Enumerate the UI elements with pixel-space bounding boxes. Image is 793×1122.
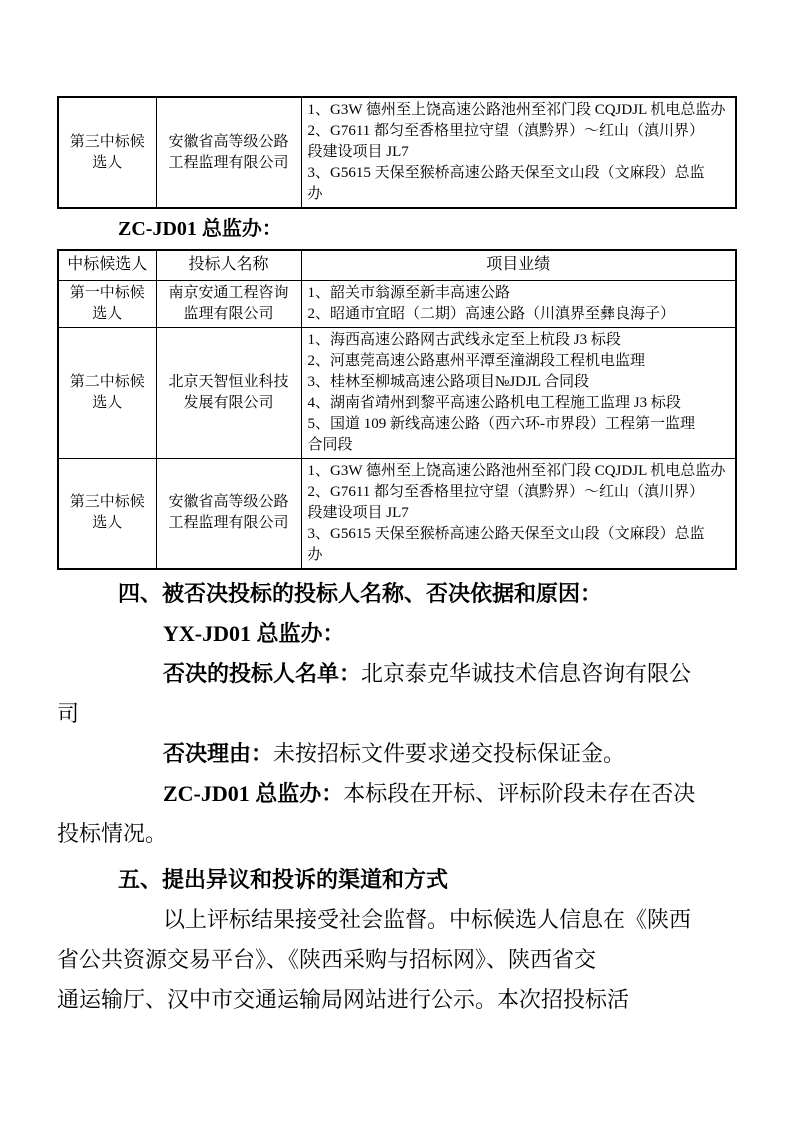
column-header-achievements: 项目业绩 — [301, 250, 736, 280]
achievements-cell: 1、海西高速公路网古武线永定至上杭段 J3 标段 2、河惠莞高速公路惠州平潭至潼… — [301, 327, 736, 458]
table-row: 第三中标候 选人 安徽省高等级公路 工程监理有限公司 1、G3W 德州至上饶高速… — [58, 97, 736, 208]
column-header-candidate: 中标候选人 — [58, 250, 156, 280]
bidder-name-cell: 北京天智恒业科技 发展有限公司 — [156, 327, 301, 458]
candidate-table-zc-jd01: 中标候选人 投标人名称 项目业绩 第一中标候 选人 南京安通工程咨询 监理有限公… — [57, 249, 737, 570]
table-header-row: 中标候选人 投标人名称 项目业绩 — [58, 250, 736, 280]
candidate-rank-cell: 第三中标候 选人 — [58, 97, 156, 208]
column-header-bidder: 投标人名称 — [156, 250, 301, 280]
candidate-rank-cell: 第三中标候 选人 — [58, 458, 156, 569]
rejected-bidders-value: 北京泰克华诚技术信息咨询有限公 司 — [57, 661, 691, 726]
bidder-name-cell: 南京安通工程咨询 监理有限公司 — [156, 280, 301, 327]
achievements-cell: 1、韶关市翁源至新丰高速公路 2、昭通市宜昭（二期）高速公路（川滇界至彝良海子） — [301, 280, 736, 327]
section5-heading: 五、提出异议和投诉的渠道和方式 — [57, 860, 737, 900]
bidder-name-cell: 安徽省高等级公路 工程监理有限公司 — [156, 458, 301, 569]
zc-jd01-status-line: ZC-JD01 总监办：本标段在开标、评标阶段未存在否决 投标情况。 — [57, 774, 737, 854]
achievements-cell: 1、G3W 德州至上饶高速公路池州至祁门段 CQJDJL 机电总监办 2、G76… — [301, 97, 736, 208]
rejection-reason-line: 否决理由：未按招标文件要求递交投标保证金。 — [57, 734, 737, 774]
achievements-cell: 1、G3W 德州至上饶高速公路池州至祁门段 CQJDJL 机电总监办 2、G76… — [301, 458, 736, 569]
zc-jd01-status-value: 本标段在开标、评标阶段未存在否决 投标情况。 — [57, 781, 695, 846]
candidate-table-continuation: 第三中标候 选人 安徽省高等级公路 工程监理有限公司 1、G3W 德州至上饶高速… — [57, 96, 737, 209]
bidder-name-cell: 安徽省高等级公路 工程监理有限公司 — [156, 97, 301, 208]
body-text: 四、被否决投标的投标人名称、否决依据和原因： YX-JD01 总监办： 否决的投… — [57, 574, 737, 1020]
rejection-reason-label: 否决理由： — [163, 741, 273, 766]
rejected-bidders-line: 否决的投标人名单：北京泰克华诚技术信息咨询有限公 司 — [57, 654, 737, 734]
document-page: 第三中标候 选人 安徽省高等级公路 工程监理有限公司 1、G3W 德州至上饶高速… — [0, 0, 793, 1122]
yx-jd01-subheading: YX-JD01 总监办： — [57, 614, 737, 654]
table-row: 第二中标候 选人 北京天智恒业科技 发展有限公司 1、海西高速公路网古武线永定至… — [58, 327, 736, 458]
rejected-bidders-label: 否决的投标人名单： — [163, 661, 361, 686]
section4-heading: 四、被否决投标的投标人名称、否决依据和原因： — [57, 574, 737, 614]
zc-jd01-table-heading: ZC-JD01 总监办： — [57, 209, 737, 249]
zc-jd01-status-label: ZC-JD01 总监办： — [163, 781, 343, 806]
table-row: 第一中标候 选人 南京安通工程咨询 监理有限公司 1、韶关市翁源至新丰高速公路 … — [58, 280, 736, 327]
candidate-rank-cell: 第一中标候 选人 — [58, 280, 156, 327]
candidate-rank-cell: 第二中标候 选人 — [58, 327, 156, 458]
section5-paragraph: 以上评标结果接受社会监督。中标候选人信息在《陕西 省公共资源交易平台》、《陕西采… — [57, 900, 737, 1020]
table-row: 第三中标候 选人 安徽省高等级公路 工程监理有限公司 1、G3W 德州至上饶高速… — [58, 458, 736, 569]
rejection-reason-value: 未按招标文件要求递交投标保证金。 — [273, 741, 625, 766]
